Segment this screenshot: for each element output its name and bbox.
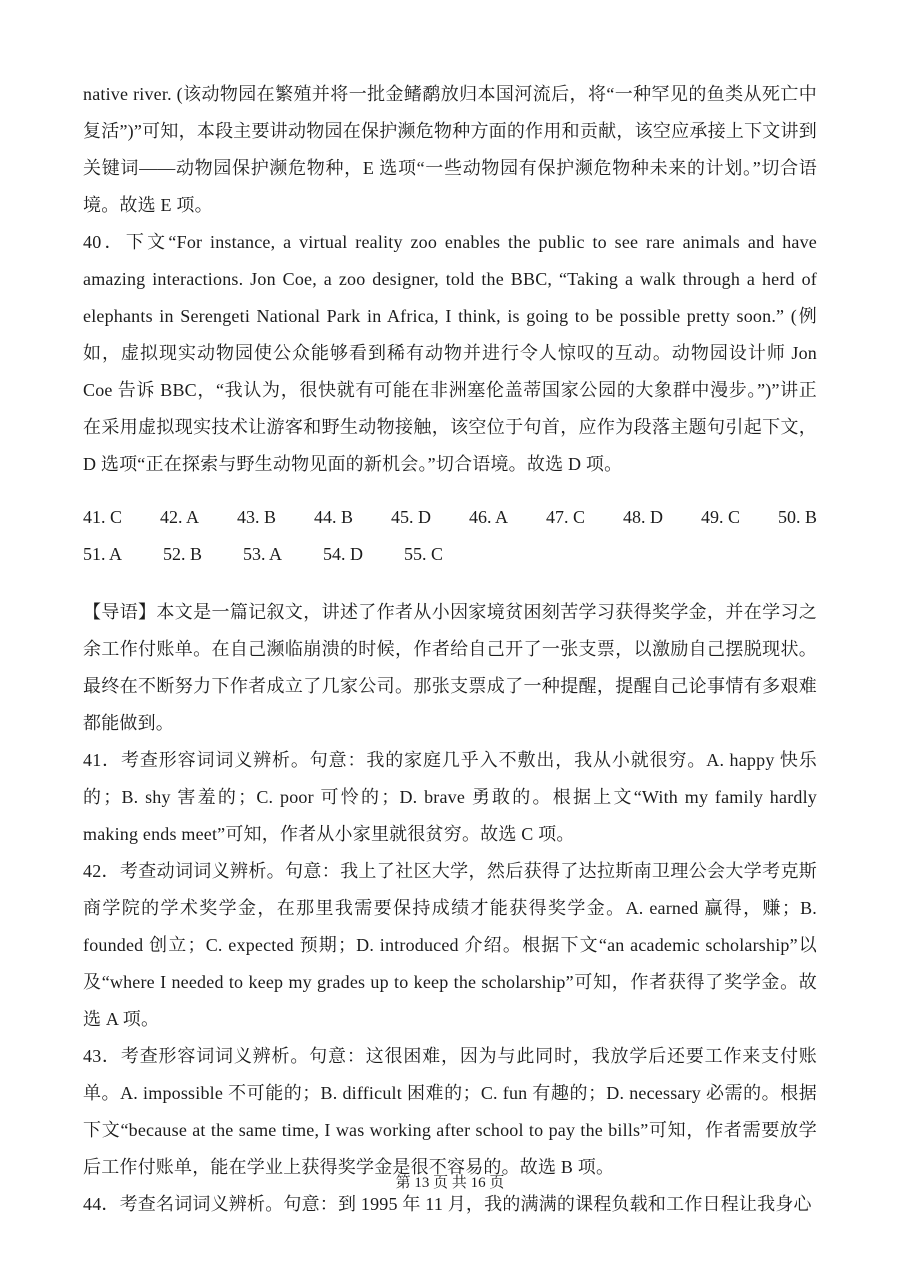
- answer-key-block: 41. C 42. A 43. B 44. B 45. D 46. A 47. …: [83, 499, 817, 573]
- answer-key-row-41-50: 41. C 42. A 43. B 44. B 45. D 46. A 47. …: [83, 499, 817, 536]
- answer-item: 49. C: [701, 499, 740, 536]
- answer-item: 51. A: [83, 536, 122, 573]
- paragraph-40-explanation: 40．下文“For instance, a virtual reality zo…: [83, 224, 817, 483]
- paragraph-43-explanation: 43．考查形容词词义辨析。句意：这很困难，因为与此同时，我放学后还要工作来支付账…: [83, 1038, 817, 1186]
- paragraph-41-explanation: 41．考查形容词词义辨析。句意：我的家庭几乎入不敷出，我从小就很穷。A. hap…: [83, 742, 817, 853]
- answer-item: 43. B: [237, 499, 276, 536]
- answer-item: 52. B: [163, 536, 202, 573]
- paragraph-42-explanation: 42．考查动词词义辨析。句意：我上了社区大学，然后获得了达拉斯南卫理公会大学考克…: [83, 853, 817, 1038]
- answer-item: 44. B: [314, 499, 353, 536]
- paragraph-passage-intro: 【导语】本文是一篇记叙文，讲述了作者从小因家境贫困刻苦学习获得奖学金，并在学习之…: [83, 594, 817, 742]
- answer-item: 50. B: [778, 499, 817, 536]
- answer-key-row-51-55: 51. A 52. B 53. A 54. D 55. C: [83, 536, 817, 573]
- answer-item: 46. A: [469, 499, 508, 536]
- page-number: 第 13 页 共 16 页: [0, 1172, 900, 1194]
- document-page: native river. (该动物园在繁殖并将一批金鳍鹬放归本国河流后，将“一…: [0, 0, 900, 1273]
- paragraph-39-explanation-tail: native river. (该动物园在繁殖并将一批金鳍鹬放归本国河流后，将“一…: [83, 76, 817, 224]
- answer-item: 42. A: [160, 499, 199, 536]
- answer-item: 47. C: [546, 499, 585, 536]
- answer-item: 55. C: [404, 536, 443, 573]
- answer-item: 53. A: [243, 536, 282, 573]
- answer-item: 45. D: [391, 499, 431, 536]
- answer-item: 41. C: [83, 499, 122, 536]
- answer-item: 48. D: [623, 499, 663, 536]
- answer-item: 54. D: [323, 536, 363, 573]
